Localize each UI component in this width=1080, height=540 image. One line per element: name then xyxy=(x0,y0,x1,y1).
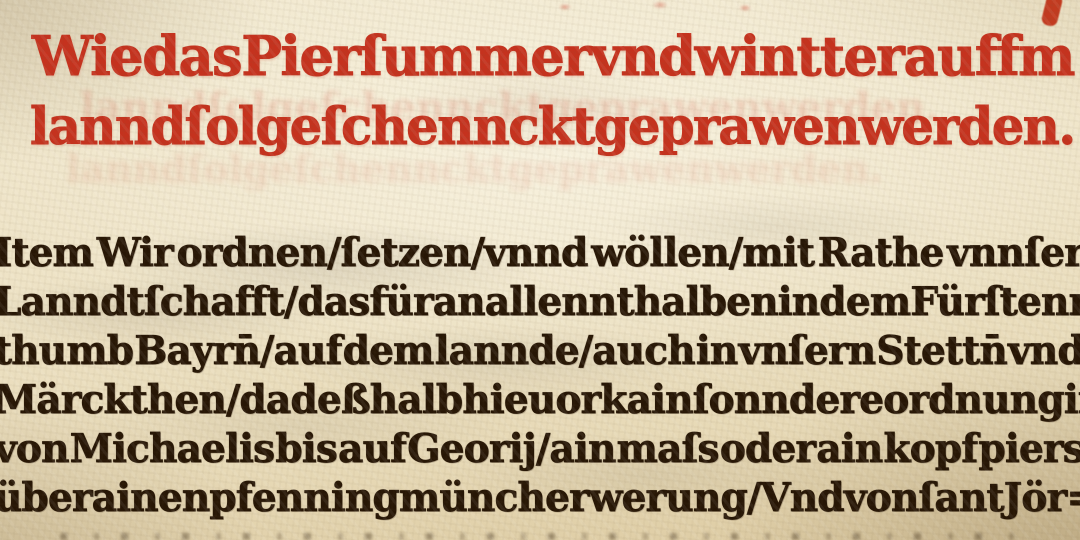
word: dem xyxy=(819,279,910,326)
word: auf xyxy=(338,426,406,473)
word: in xyxy=(778,279,820,326)
word: ainen xyxy=(92,475,210,522)
word: Stettn̄ xyxy=(876,328,1007,375)
word: maſs xyxy=(617,426,719,473)
word: Fürſtenn= xyxy=(910,279,1080,326)
word: piers xyxy=(978,426,1080,473)
word: von xyxy=(0,426,69,473)
word: Wie xyxy=(32,24,142,89)
word: Bayrn̄/auf xyxy=(134,328,341,375)
word: müncher xyxy=(399,475,589,522)
word: ſol xyxy=(185,97,256,158)
word: hieuor xyxy=(462,377,600,424)
word: allennthalben xyxy=(485,279,778,326)
word: wintter xyxy=(695,24,903,89)
word: ordnen/ſetzen/vnnd xyxy=(177,230,588,277)
word: ſant xyxy=(919,475,1004,522)
word: Jör= xyxy=(1004,475,1080,522)
word: Item xyxy=(0,230,93,277)
word: werung/Vnd xyxy=(589,475,844,522)
word: ordnung xyxy=(883,377,1064,424)
word: bis xyxy=(275,426,337,473)
word: in xyxy=(696,328,738,375)
word: iſt/ xyxy=(1064,377,1080,424)
word: lannde/auch xyxy=(435,328,695,375)
word: pfenning xyxy=(209,475,399,522)
word: kain xyxy=(600,377,692,424)
word: Rathe xyxy=(818,230,944,277)
word: ſonndere xyxy=(693,377,884,424)
word: Wir xyxy=(97,230,173,277)
heading-line: WiedasPierſummervndwintterauffm xyxy=(32,24,1074,89)
word: Pier xyxy=(241,24,359,89)
word: geſchennckt xyxy=(256,97,594,158)
word: kopf xyxy=(884,426,978,473)
body-line: thumbBayrn̄/aufdemlannde/auchinvnſernSte… xyxy=(0,328,1080,375)
body-line: überainenpfenningmüncherwerung/Vndvonſan… xyxy=(0,475,1080,522)
word: über xyxy=(0,475,92,522)
word: das xyxy=(142,24,241,89)
body-line: Märckthen/dadeßhalbhieuorkainſonndereord… xyxy=(0,377,1080,424)
word: dem xyxy=(343,328,434,375)
word: Georij/ain xyxy=(407,426,615,473)
next-line-cutoff-ink xyxy=(60,533,1020,540)
document-page-photo: lanndſolgeſchenncktgeprawenwerden. lannd… xyxy=(0,0,1080,540)
word: wöllen/mit xyxy=(591,230,814,277)
word: vnd xyxy=(1008,328,1080,375)
word: Michaelis xyxy=(70,426,275,473)
word: Märckthen/da xyxy=(0,377,290,424)
word: thumb xyxy=(0,328,133,375)
word: auffm xyxy=(904,24,1074,89)
top-edge-ink-specks xyxy=(540,0,810,14)
body-line: vonMichaelisbisaufGeorij/ainmaſsoderaink… xyxy=(0,426,1080,473)
word: vnnſer xyxy=(947,230,1080,277)
word: ain xyxy=(816,426,882,473)
word: von xyxy=(844,475,919,522)
word: füran xyxy=(370,279,485,326)
word: oder xyxy=(720,426,815,473)
word: Lanndtſchafft/das xyxy=(0,279,370,326)
word: vnſern xyxy=(739,328,876,375)
body-line: ItemWirordnen/ſetzen/vnndwöllen/mitRathe… xyxy=(0,230,1080,277)
heading-line: lanndſolgeſchenncktgeprawenwerden. xyxy=(30,97,1008,158)
word: vnd xyxy=(591,24,695,89)
word: lannd xyxy=(30,97,185,158)
word: ſummer xyxy=(360,24,591,89)
word: werden. xyxy=(859,97,1075,158)
body-line: Lanndtſchafft/dasfüranallennthalbenindem… xyxy=(0,279,1080,326)
word: geprawen xyxy=(594,97,859,158)
word: deßhalb xyxy=(290,377,462,424)
